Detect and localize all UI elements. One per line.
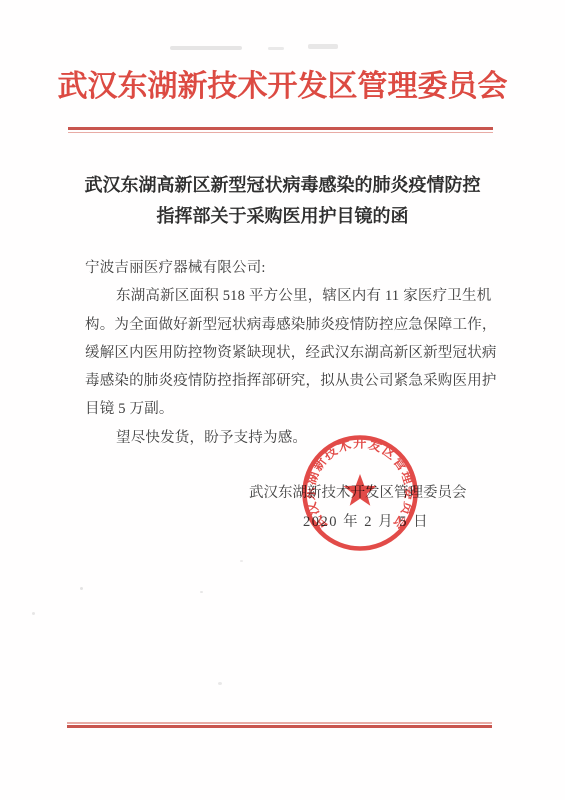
rule-thick-line	[67, 725, 492, 728]
body-line: 构。为全面做好新型冠状病毒感染肺炎疫情防控应急保障工作，	[85, 311, 505, 339]
seal-star-icon	[343, 474, 376, 506]
footer-rule	[67, 722, 492, 728]
scanned-official-letter: 武汉东湖新技术开发区管理委员会 武汉东湖高新区新型冠状病毒感染的肺炎疫情防控 指…	[0, 0, 565, 800]
letter-body: 宁波吉丽医疗器械有限公司: 东湖高新区面积 518 平方公里，辖区内有 11 家…	[85, 254, 505, 452]
rule-thin-line	[68, 132, 493, 134]
letterhead-title: 武汉东湖新技术开发区管理委员会	[0, 63, 565, 111]
body-line: 目镜 5 万副。	[85, 395, 505, 423]
body-line: 缓解区内医用防控物资紧缺现状，经武汉东湖高新区新型冠状病	[85, 339, 505, 367]
scan-speck	[80, 587, 83, 590]
letterhead-rule	[68, 127, 493, 133]
scan-smudge	[170, 46, 242, 50]
scan-speck	[32, 612, 35, 615]
scan-smudge	[308, 44, 338, 49]
document-title-line2: 指挥部关于采购医用护目镜的函	[0, 201, 565, 232]
official-seal: 武汉东湖新技术开发区管理委员会	[299, 432, 421, 554]
body-line: 望尽快发货，盼予支持为感。	[85, 424, 505, 452]
body-line: 东湖高新区面积 518 平方公里，辖区内有 11 家医疗卫生机	[85, 282, 505, 310]
scan-speck	[200, 591, 203, 593]
addressee: 宁波吉丽医疗器械有限公司:	[85, 254, 505, 282]
scan-smudge	[268, 47, 284, 50]
scan-speck	[218, 682, 222, 685]
document-title-line1: 武汉东湖高新区新型冠状病毒感染的肺炎疫情防控	[0, 170, 565, 201]
body-line: 毒感染的肺炎疫情防控指挥部研究，拟从贵公司紧急采购医用护	[85, 367, 505, 395]
scan-speck	[240, 560, 243, 562]
document-title: 武汉东湖高新区新型冠状病毒感染的肺炎疫情防控 指挥部关于采购医用护目镜的函	[0, 170, 565, 231]
body-paragraphs: 东湖高新区面积 518 平方公里，辖区内有 11 家医疗卫生机构。为全面做好新型…	[85, 282, 505, 452]
